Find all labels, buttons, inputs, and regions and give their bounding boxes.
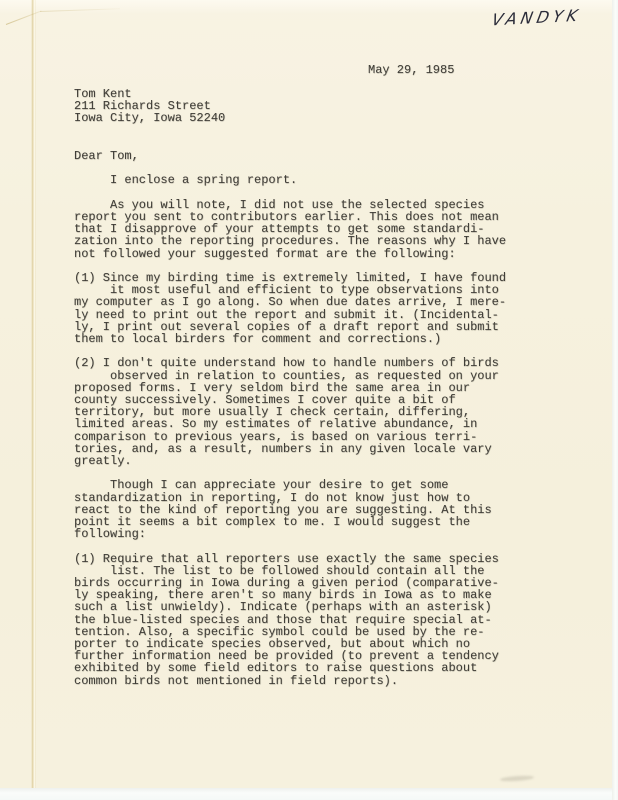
paragraph-suggestion-1: (1) Require that all reporters use exact… [74,553,544,687]
paper-scratch-line-2 [40,8,120,12]
scan-background: VANDYK May 29, 1985 Tom Kent 211 Richard… [0,0,618,800]
letter-page: VANDYK May 29, 1985 Tom Kent 211 Richard… [0,0,612,789]
recipient-address: Tom Kent 211 Richards Street Iowa City, … [74,88,225,125]
scan-edge-right [612,0,618,800]
salutation: Dear Tom, [74,150,544,162]
paragraph-reaction: Though I can appreciate your desire to g… [74,479,544,540]
letter-body: Dear Tom, I enclose a spring report. As … [74,150,544,687]
smudge-mark [500,775,534,782]
letter-date: May 29, 1985 [368,64,454,76]
paragraph-reason-2: (2) I don't quite understand how to hand… [74,357,544,467]
paragraph-explanation: As you will note, I did not use the sele… [74,199,544,260]
handwritten-annotation: VANDYK [490,6,583,30]
paper-scratch-line [6,10,42,25]
paper-fold-crease [31,0,36,789]
scan-edge-bottom [0,788,618,800]
paragraph-enclosure: I enclose a spring report. [74,174,544,186]
paragraph-reason-1: (1) Since my birding time is extremely l… [74,272,544,345]
